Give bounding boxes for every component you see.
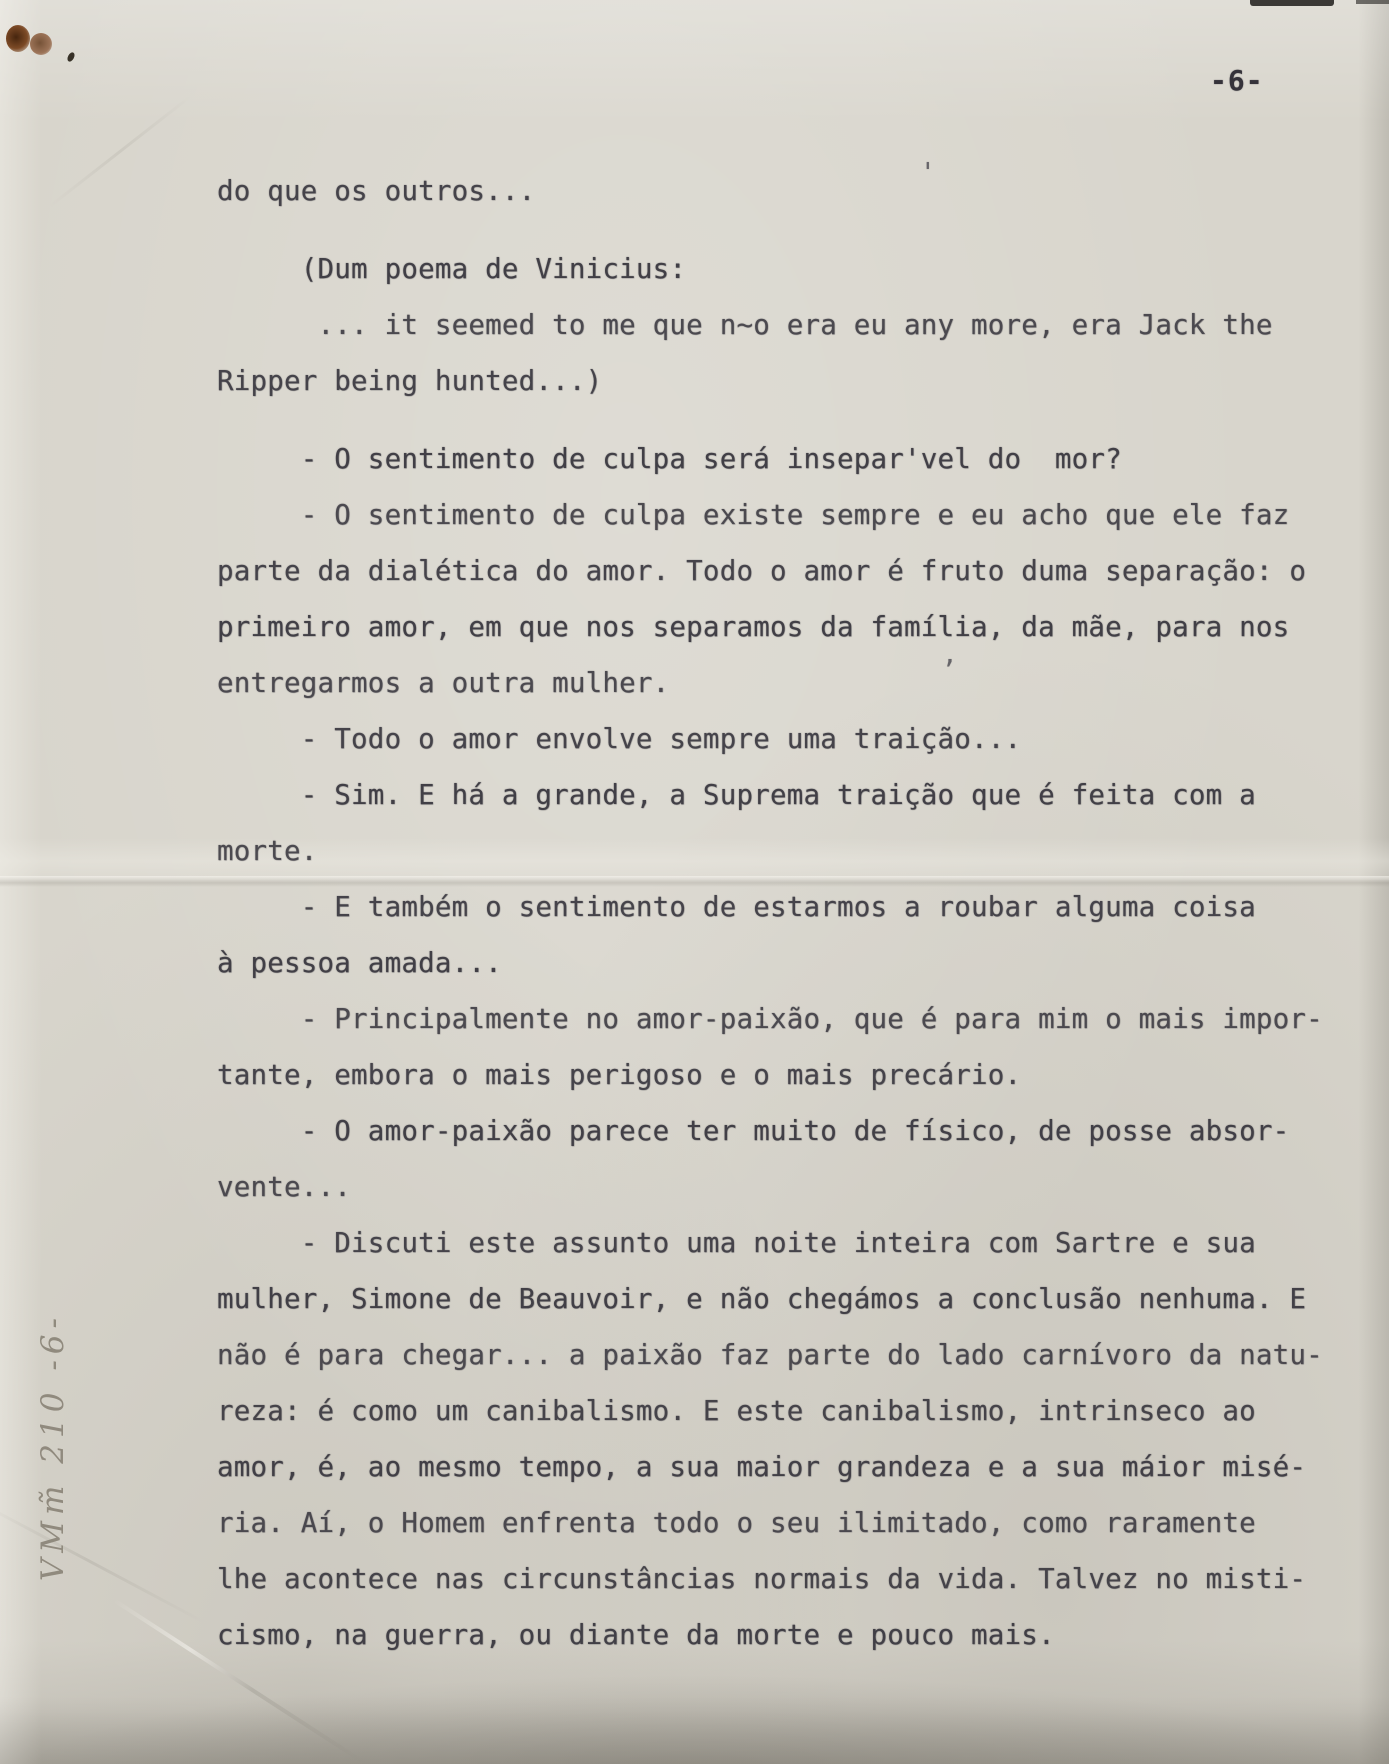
typed-line: à pessoa amada... [217, 935, 1337, 991]
typed-line: tante, embora o mais perigoso e o mais p… [217, 1047, 1337, 1103]
paper-sheet: -6- do que os outros... (Dum poema de Vi… [0, 0, 1389, 1764]
typed-line: morte. [217, 823, 1337, 879]
typed-line: não é para chegar... a paixão faz parte … [217, 1327, 1337, 1383]
typed-line: mulher, Simone de Beauvoir, e não chegám… [217, 1271, 1337, 1327]
typed-line: do que os outros... [217, 163, 1337, 219]
margin-annotation-text: VMm̃ 210 -6- [35, 1312, 71, 1581]
stray-ink-mark: ' [920, 158, 936, 188]
typed-line: - Todo o amor envolve sempre uma traição… [217, 711, 1337, 767]
typed-line: (Dum poema de Vinicius: [217, 241, 1337, 297]
margin-annotation-handwriting: VMm̃ 210 -6- [16, 1272, 90, 1622]
top-edge-dark-mark [1250, 0, 1334, 6]
ink-speck [66, 51, 76, 63]
typed-line: Ripper being hunted...) [217, 353, 1337, 409]
typed-line: parte da dialética do amor. Todo o amor … [217, 543, 1337, 599]
typed-line: - Sim. E há a grande, a Suprema traição … [217, 767, 1337, 823]
bottom-edge-shadow [0, 1674, 1389, 1764]
rust-stain-small [30, 33, 52, 55]
typed-line: - O sentimento de culpa existe sempre e … [217, 487, 1337, 543]
scanned-typewritten-document: { "page": { "number_label": "-6-", "marg… [0, 0, 1389, 1764]
typed-line: - Principalmente no amor-paixão, que é p… [217, 991, 1337, 1047]
diagonal-crease-top-left [48, 95, 192, 208]
typed-line: amor, é, ao mesmo tempo, a sua maior gra… [217, 1439, 1337, 1495]
typed-line: - Discuti este assunto uma noite inteira… [217, 1215, 1337, 1271]
typed-line: ria. Aí, o Homem enfrenta todo o seu ili… [217, 1495, 1337, 1551]
typed-text-block: do que os outros... (Dum poema de Vinici… [217, 163, 1337, 1663]
typed-line: lhe acontece nas circunstâncias normais … [217, 1551, 1337, 1607]
top-edge-dark-mark-2 [1356, 0, 1389, 4]
stray-ink-mark: , [942, 640, 958, 670]
typed-line: ... it seemed to me que n~o era eu any m… [217, 297, 1337, 353]
typed-line: reza: é como um canibalismo. E este cani… [217, 1383, 1337, 1439]
typed-line: entregarmos a outra mulher. [217, 655, 1337, 711]
rust-stain-large [6, 25, 30, 52]
page-number: -6- [1210, 64, 1264, 97]
typed-line: - O amor-paixão parece ter muito de físi… [217, 1103, 1337, 1159]
typed-line: cismo, na guerra, ou diante da morte e p… [217, 1607, 1337, 1663]
typed-line: primeiro amor, em que nos separamos da f… [217, 599, 1337, 655]
typed-line: - O sentimento de culpa será insepar'vel… [217, 431, 1337, 487]
typed-line: - E também o sentimento de estarmos a ro… [217, 879, 1337, 935]
typed-line: vente... [217, 1159, 1337, 1215]
